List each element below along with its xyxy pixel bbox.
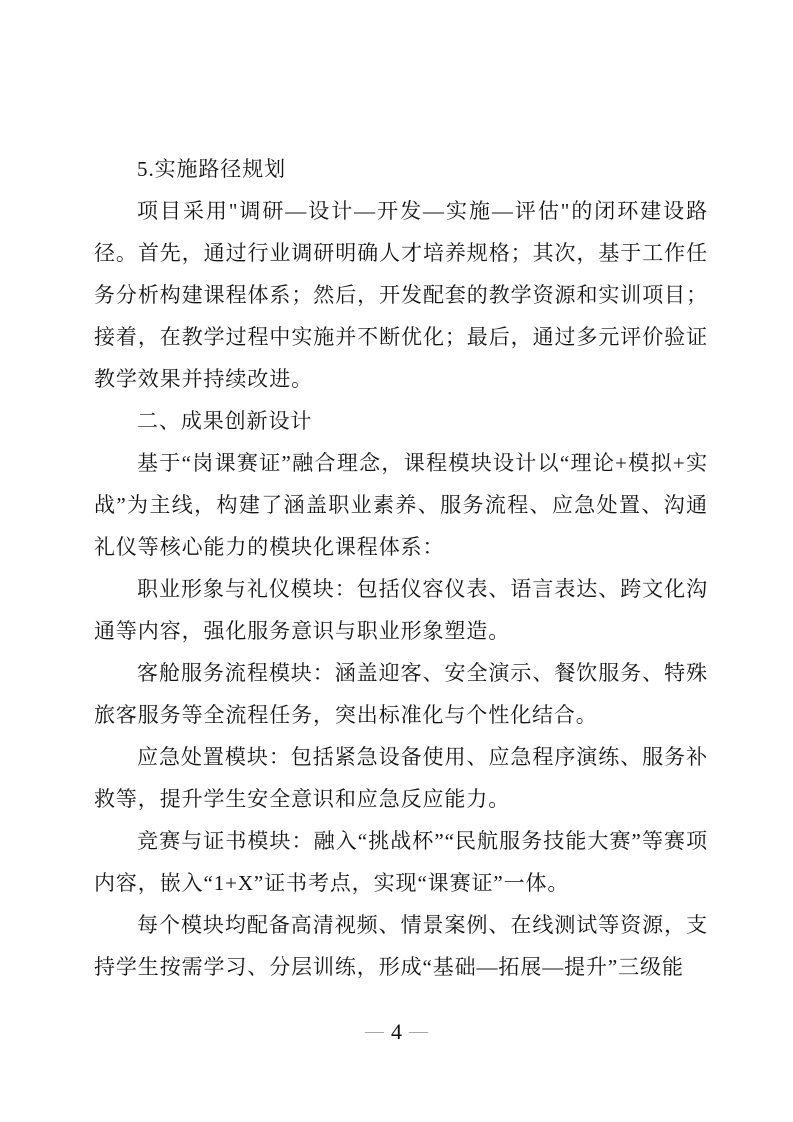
section-heading: 5.实施路径规划 [94,148,708,190]
page-number: 4 [384,1019,409,1044]
section-heading: 二、成果创新设计 [94,400,708,442]
footer-dash-right: — [409,1021,428,1042]
body-paragraph: 竞赛与证书模块：融入“挑战杯”“民航服务技能大赛”等赛项内容，嵌入“1+X”证书… [94,820,708,904]
footer-dash-left: — [365,1021,384,1042]
document-page: 5.实施路径规划项目采用"调研—设计—开发—实施—评估"的闭环建设路径。首先，通… [0,0,793,1122]
page-footer: —4— [0,1018,793,1048]
body-paragraph: 职业形象与礼仪模块：包括仪容仪表、语言表达、跨文化沟通等内容，强化服务意识与职业… [94,568,708,652]
body-paragraph: 每个模块均配备高清视频、情景案例、在线测试等资源，支持学生按需学习、分层训练，形… [94,904,708,988]
body-paragraph: 客舱服务流程模块：涵盖迎客、安全演示、餐饮服务、特殊旅客服务等全流程任务，突出标… [94,652,708,736]
body-paragraph: 项目采用"调研—设计—开发—实施—评估"的闭环建设路径。首先，通过行业调研明确人… [94,190,708,400]
body-paragraph: 基于“岗课赛证”融合理念，课程模块设计以“理论+模拟+实战”为主线，构建了涵盖职… [94,442,708,568]
document-body: 5.实施路径规划项目采用"调研—设计—开发—实施—评估"的闭环建设路径。首先，通… [94,148,708,988]
body-paragraph: 应急处置模块：包括紧急设备使用、应急程序演练、服务补救等，提升学生安全意识和应急… [94,736,708,820]
